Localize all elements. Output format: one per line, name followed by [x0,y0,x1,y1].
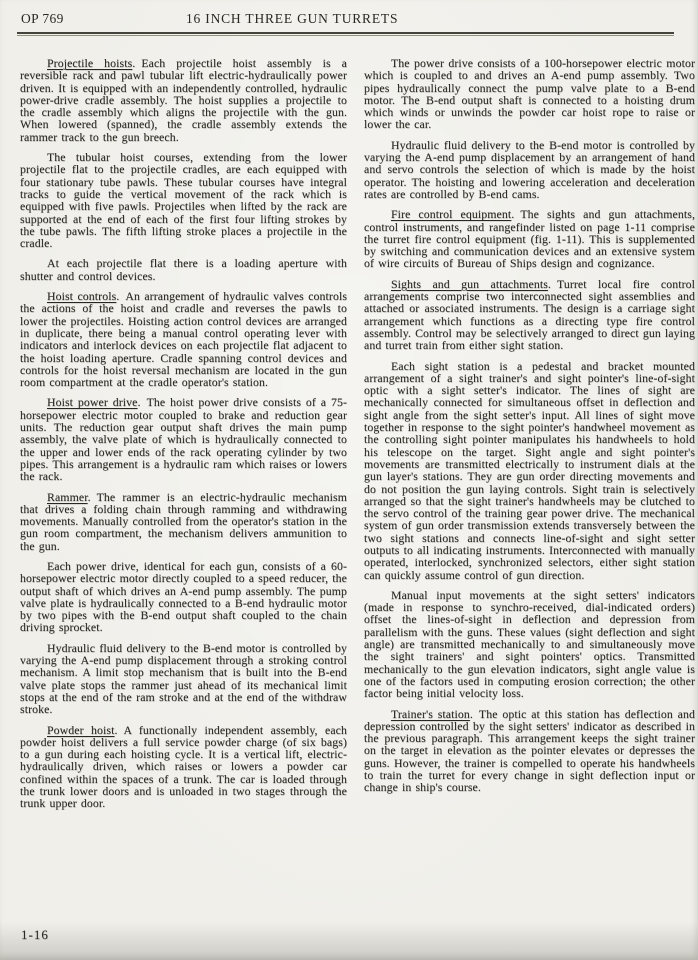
section-heading: Hoist controls [47,289,116,303]
paragraph: Hydraulic fluid delivery to the B-end mo… [364,139,695,200]
section-heading: Projectile hoists [47,56,132,70]
header-rule [17,32,674,36]
paragraph: Fire control equipment. The sights and g… [364,208,695,269]
paragraph: Each power drive, identical for each gun… [20,560,347,634]
paragraph: Trainer's station. The optic at this sta… [364,708,695,794]
document-page: OP 769 16 INCH THREE GUN TURRETS Project… [0,0,698,960]
paragraph: Hydraulic fluid delivery to the B-end mo… [20,642,347,716]
paragraph: Each sight station is a pedestal and bra… [364,360,695,581]
paragraph: Sights and gun attachments. Turret local… [364,278,695,352]
paragraph: At each projectile flat there is a loadi… [20,257,347,282]
doc-number: OP 769 [21,11,64,27]
header-rule-thin-line [17,35,674,36]
page-number: 1-16 [21,927,49,943]
section-heading: Fire control equipment [391,207,511,221]
section-heading: Sights and gun attachments [391,277,548,291]
paragraph: Powder hoist. A functionally independent… [20,724,347,810]
section-heading: Hoist power drive [47,395,138,409]
text-columns: Projectile hoists. Each projectile hoist… [20,57,695,818]
paragraph: The power drive consists of a 100-horsep… [364,57,695,131]
section-heading: Rammer [47,490,88,504]
paragraph: The tubular hoist courses, extending fro… [20,151,347,249]
page-title: 16 INCH THREE GUN TURRETS [186,11,398,27]
paragraph: Hoist power drive. The hoist power drive… [20,396,347,482]
paragraph: Rammer. The rammer is an electric-hydrau… [20,491,347,552]
column-right: The power drive consists of a 100-horsep… [364,57,695,818]
paragraph: Hoist controls. An arrangement of hydrau… [20,290,347,388]
page-header: OP 769 16 INCH THREE GUN TURRETS [0,11,698,31]
section-heading: Trainer's station [391,707,470,721]
paragraph: Manual input movements at the sight sett… [364,589,695,700]
section-heading: Powder hoist [47,723,114,737]
header-rule-thick-line [17,32,674,34]
column-left: Projectile hoists. Each projectile hoist… [20,57,347,818]
paragraph: Projectile hoists. Each projectile hoist… [20,57,347,143]
